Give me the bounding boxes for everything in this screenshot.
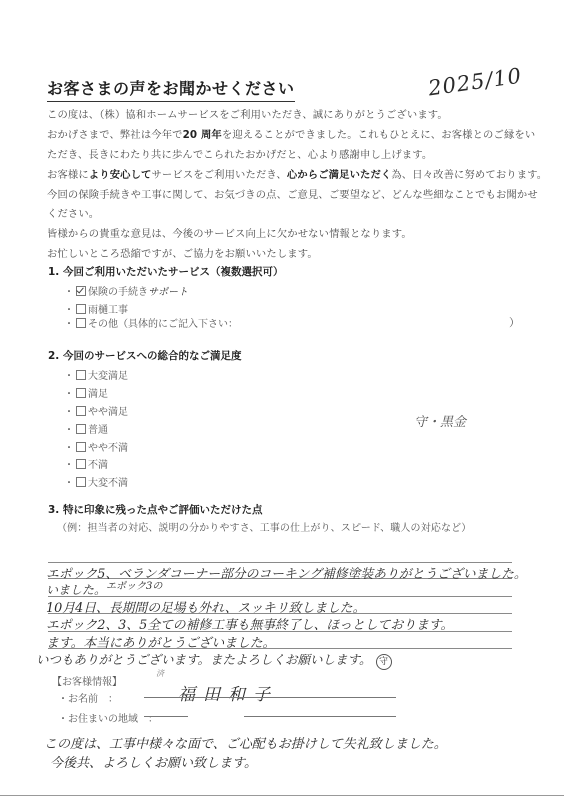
name-field-line: [144, 697, 396, 698]
section1-option-other[interactable]: ・その他（具体的にご記入下さい：: [64, 315, 238, 330]
section3-title: 3. 特に印象に残った点やご評価いただけた点: [48, 502, 262, 517]
area-label: ・お住まいの地域 ：: [58, 710, 158, 725]
closing-note-line-2: 今後共、よろしくお願い致します。: [50, 752, 257, 771]
inserted-note: エポック3の: [106, 581, 162, 592]
intro-line-2-pre: おかげさまで、弊社は今年で: [47, 129, 183, 141]
other-closing-paren: ）: [509, 314, 520, 330]
name-value[interactable]: 福田和子: [178, 680, 278, 705]
anniversary-text: 20 周年: [183, 129, 222, 141]
intro-line-4-pre: お客様に: [47, 169, 89, 181]
checkbox-icon[interactable]: [76, 318, 86, 328]
intro-line-4-post: 為、日々改善に努めております。: [391, 169, 547, 181]
intro-line-4-mid: サービスをご利用いただき、: [151, 169, 286, 181]
intro-line-4: お客様により安心してサービスをご利用いただき、心からご満足いただく為、日々改善に…: [47, 166, 547, 181]
stamp-icon: 守: [376, 654, 392, 670]
satisfaction-option[interactable]: ・大変満足: [64, 367, 128, 382]
intro-bold-2: 心からご満足いただく: [287, 169, 391, 181]
check-mark: 済: [156, 668, 164, 679]
intro-line-1: この度は、（株）協和ホームサービスをご利用いただき、誠にありがとうございます。: [47, 106, 448, 121]
checkbox-icon[interactable]: [76, 424, 86, 434]
comment-line-1: エポック5、ベランダコーナー部分のコーキング補修塗装ありがとうございました。: [46, 563, 527, 582]
intro-line-2: おかげさまで、弊社は今年で20 周年を迎えることができました。これもひとえに、お…: [47, 126, 535, 141]
satisfaction-option[interactable]: ・やや不満: [64, 439, 128, 454]
checkbox-icon[interactable]: [76, 459, 86, 469]
intro-line-2-post: を迎えることができました。これもひとえに、お客様とのご縁をい: [222, 129, 535, 141]
handwritten-staff-note: 守・黒金: [414, 411, 466, 430]
customer-info-heading: 【お客様情報】: [52, 673, 122, 688]
section2-title: 2. 今回のサービスへの総合的なご満足度: [48, 348, 241, 363]
page-bottom-edge: [0, 795, 564, 796]
comment-line-2: いました。エポック3の: [46, 581, 162, 598]
satisfaction-option[interactable]: ・やや満足: [64, 403, 128, 418]
comment-line-5: ます。本当にありがとうございました。: [46, 632, 275, 651]
area-field-line-1: [144, 716, 188, 717]
satisfaction-option[interactable]: ・満足: [64, 385, 108, 400]
intro-line-3: ただき、長きにわたり共に歩んでこられたおかげだと、心より感謝申し上げます。: [47, 146, 432, 161]
intro-line-7: 皆様からの貴重な意見は、今後のサービス向上に欠かせない情報となります。: [47, 225, 412, 240]
section1-option-insurance[interactable]: ・保険の手続きサポート: [64, 283, 188, 298]
checkbox-icon[interactable]: [76, 442, 86, 452]
handwritten-date: 2025/10: [427, 64, 524, 101]
page-title: お客さまの声をお聞かせください: [47, 76, 295, 102]
satisfaction-option[interactable]: ・不満: [64, 456, 108, 471]
intro-line-6: ください。: [47, 205, 99, 220]
checkbox-icon[interactable]: [76, 304, 86, 314]
intro-bold-1: より安心して: [89, 169, 152, 181]
checkbox-icon[interactable]: [76, 406, 86, 416]
checkbox-icon[interactable]: [76, 388, 86, 398]
intro-line-8: お忙しいところ恐縮ですが、ご協力をお願いいたします。: [47, 245, 318, 260]
intro-line-5: 今回の保険手続きや工事に関して、お気づきの点、ご意見、ご要望など、どんな些細なこ…: [47, 186, 538, 201]
section1-option-gutter[interactable]: ・雨樋工事: [64, 301, 128, 316]
name-label: ・お名前 ：: [58, 690, 118, 705]
handwritten-addition: サポート: [148, 287, 188, 298]
area-field-line-2[interactable]: [244, 716, 396, 717]
satisfaction-option[interactable]: ・大変不満: [64, 474, 128, 489]
checkbox-checked-icon[interactable]: [76, 286, 86, 296]
comment-line-4: エポック2、3、5全ての補修工事も無事終了し、ほっとしております。: [46, 614, 453, 633]
satisfaction-option[interactable]: ・普通: [64, 421, 108, 436]
closing-note-line-1: この度は、工事中様々な面で、ご心配もお掛けして失礼致しました。: [44, 733, 447, 752]
checkbox-icon[interactable]: [76, 477, 86, 487]
checkbox-icon[interactable]: [76, 370, 86, 380]
comment-line-6: いつもありがとうございます。またよろしくお願いします。守: [36, 650, 392, 670]
section1-title: 1. 今回ご利用いただいたサービス（複数選択可）: [48, 264, 283, 279]
section3-example: （例：担当者の対応、説明の分かりやすさ、工事の仕上がり、スピード、職人の対応など…: [57, 519, 471, 534]
